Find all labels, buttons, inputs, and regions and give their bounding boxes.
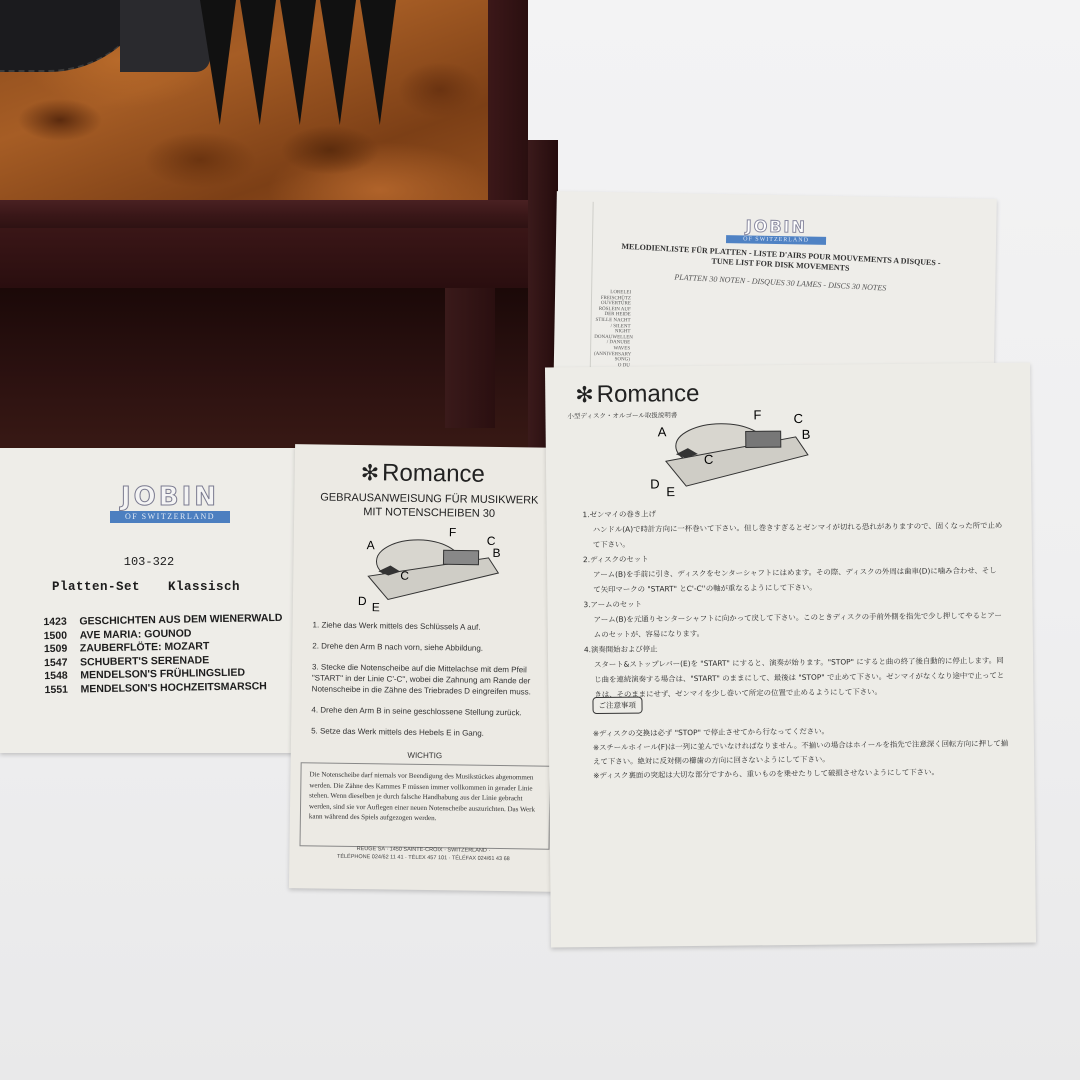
tune-number: 1500 <box>44 629 80 643</box>
romance-logo: ✻Romance <box>361 459 486 489</box>
instruction-step: 1. Ziehe das Werk mittels des Schlüssels… <box>313 619 553 633</box>
svg-text:A: A <box>658 424 667 439</box>
stored-discs <box>200 0 415 130</box>
box-molding <box>0 200 530 230</box>
section-body: アーム(B)を元通りセンターシャフトに向かって戻して下さい。このときディスクの手… <box>594 608 1004 642</box>
tune-title: RÖSLEIN AUF DER HEIDE <box>595 307 649 319</box>
instruction-sections: 1.ゼンマイの巻き上げハンドル(A)で時計方向に一杯巻いて下さい。但し巻きすぎる… <box>582 503 1004 702</box>
manufacturer-footer: REUGE SA · 1450 SAINTE-CROIX · SWITZERLA… <box>289 844 557 864</box>
instruction-step: 4. Drehe den Arm B in seine geschlossene… <box>311 704 551 718</box>
tune-number: 1551 <box>44 683 80 697</box>
movement-diagram: A F C B C D E <box>348 521 509 613</box>
svg-text:C: C <box>704 452 714 467</box>
tune-title: DONAUWELLEN / DANUBE WAVES (ANNIVERSARY … <box>594 335 648 364</box>
important-box: Die Notenscheibe darf niemals vor Beendi… <box>299 762 550 849</box>
tune-number: 1509 <box>44 642 80 656</box>
caution-item: ※ディスク裏面の突起は大切な部分ですから、重いものを乗せたりして破損させないよう… <box>593 765 1013 783</box>
svg-text:D: D <box>358 594 367 608</box>
tune-list: 1423GESCHICHTEN AUS DEM WIENERWALD1500AV… <box>43 612 283 697</box>
svg-text:F: F <box>753 407 761 422</box>
svg-text:E: E <box>666 484 675 496</box>
tune-title: STILLE NACHT / SILENT NIGHT <box>594 318 648 336</box>
cautions-list: ※ディスクの交換は必ず "STOP" で停止させてから行なってください。※スチー… <box>593 723 1014 783</box>
tune-title: SCHUBERT'S SERENADE <box>80 654 209 668</box>
tune-title: GESCHICHTEN AUS DEM WIENERWALD <box>79 612 282 628</box>
svg-text:B: B <box>802 427 811 442</box>
set-title: Platten-Set Klassisch <box>52 580 240 594</box>
section-body: ハンドル(A)で時計方向に一杯巻いて下さい。但し巻きすぎるとゼンマイが切れる恐れ… <box>593 518 1003 552</box>
notice-label: ご注意事項 <box>592 697 642 715</box>
section-body: スタート&ストップレバー(E)を "START" にすると、演奏が始ります。"S… <box>594 653 1004 702</box>
box-leg <box>445 288 495 428</box>
svg-text:F: F <box>449 525 457 539</box>
snowflake-star-icon: ✻ <box>361 460 380 485</box>
tune-number: 1547 <box>44 656 80 670</box>
section-body: アーム(B)を手前に引き、ディスクをセンターシャフトにはめます。その際、ディスク… <box>593 563 1003 597</box>
tune-number: 1423 <box>43 615 79 629</box>
movement-diagram: A F C B C D E <box>635 405 816 497</box>
mechanism <box>120 0 210 72</box>
sheet-title: GEBRAUSANWEISUNG FÜR MUSIKWERK MIT NOTEN… <box>304 490 554 521</box>
snowflake-star-icon: ✻ <box>575 382 594 407</box>
tune-number: 1548 <box>44 669 80 683</box>
caution-item: ※スチールホイール(F)は一列に並んでいなければなりません。不揃いの場合はホイー… <box>593 737 1013 769</box>
tune-title: AVE MARIA: GOUNOD <box>80 627 192 641</box>
svg-text:E: E <box>372 600 380 613</box>
german-instruction-sheet: ✻Romance GEBRAUSANWEISUNG FÜR MUSIKWERK … <box>289 444 563 892</box>
instruction-step: 5. Setze das Werk mittels des Hebels E i… <box>311 725 551 739</box>
box-base-frame <box>0 228 528 288</box>
svg-text:C: C <box>400 569 409 583</box>
list-item: 1551MENDELSON'S HOCHZEITSMARSCH <box>44 679 283 697</box>
svg-text:C: C <box>793 411 803 426</box>
svg-text:D: D <box>650 476 660 491</box>
tune-title: MENDELSON'S FRÜHLINGSLIED <box>80 667 245 682</box>
catalog-number: 103-322 <box>0 555 298 569</box>
instruction-step: 2. Drehe den Arm B nach vorn, siehe Abbi… <box>312 640 552 654</box>
platten-set-card: JOBIN OF SWITZERLAND 103-322 Platten-Set… <box>0 448 298 753</box>
jobin-logo: JOBIN OF SWITZERLAND <box>726 216 826 245</box>
tune-title: ZAUBERFLÖTE: MOZART <box>80 640 210 654</box>
instruction-steps: 1. Ziehe das Werk mittels des Schlüssels… <box>311 619 553 749</box>
japanese-instruction-sheet: ✻Romance 小型ディスク・オルゴール取扱説明書 A F C B C D E… <box>545 362 1036 947</box>
important-heading: WICHTIG <box>291 749 559 762</box>
instruction-step: 3. Stecke die Notenscheibe auf die Mitte… <box>312 661 552 697</box>
jobin-logo: JOBIN OF SWITZERLAND <box>110 483 230 523</box>
romance-logo: ✻Romance <box>575 380 699 409</box>
svg-text:A: A <box>367 538 375 552</box>
tune-title: FREISCHÜTZ OUVERTÜRE <box>595 295 649 307</box>
tune-title: MENDELSON'S HOCHZEITSMARSCH <box>80 680 266 695</box>
music-box <box>0 0 560 460</box>
svg-text:B: B <box>493 546 501 560</box>
